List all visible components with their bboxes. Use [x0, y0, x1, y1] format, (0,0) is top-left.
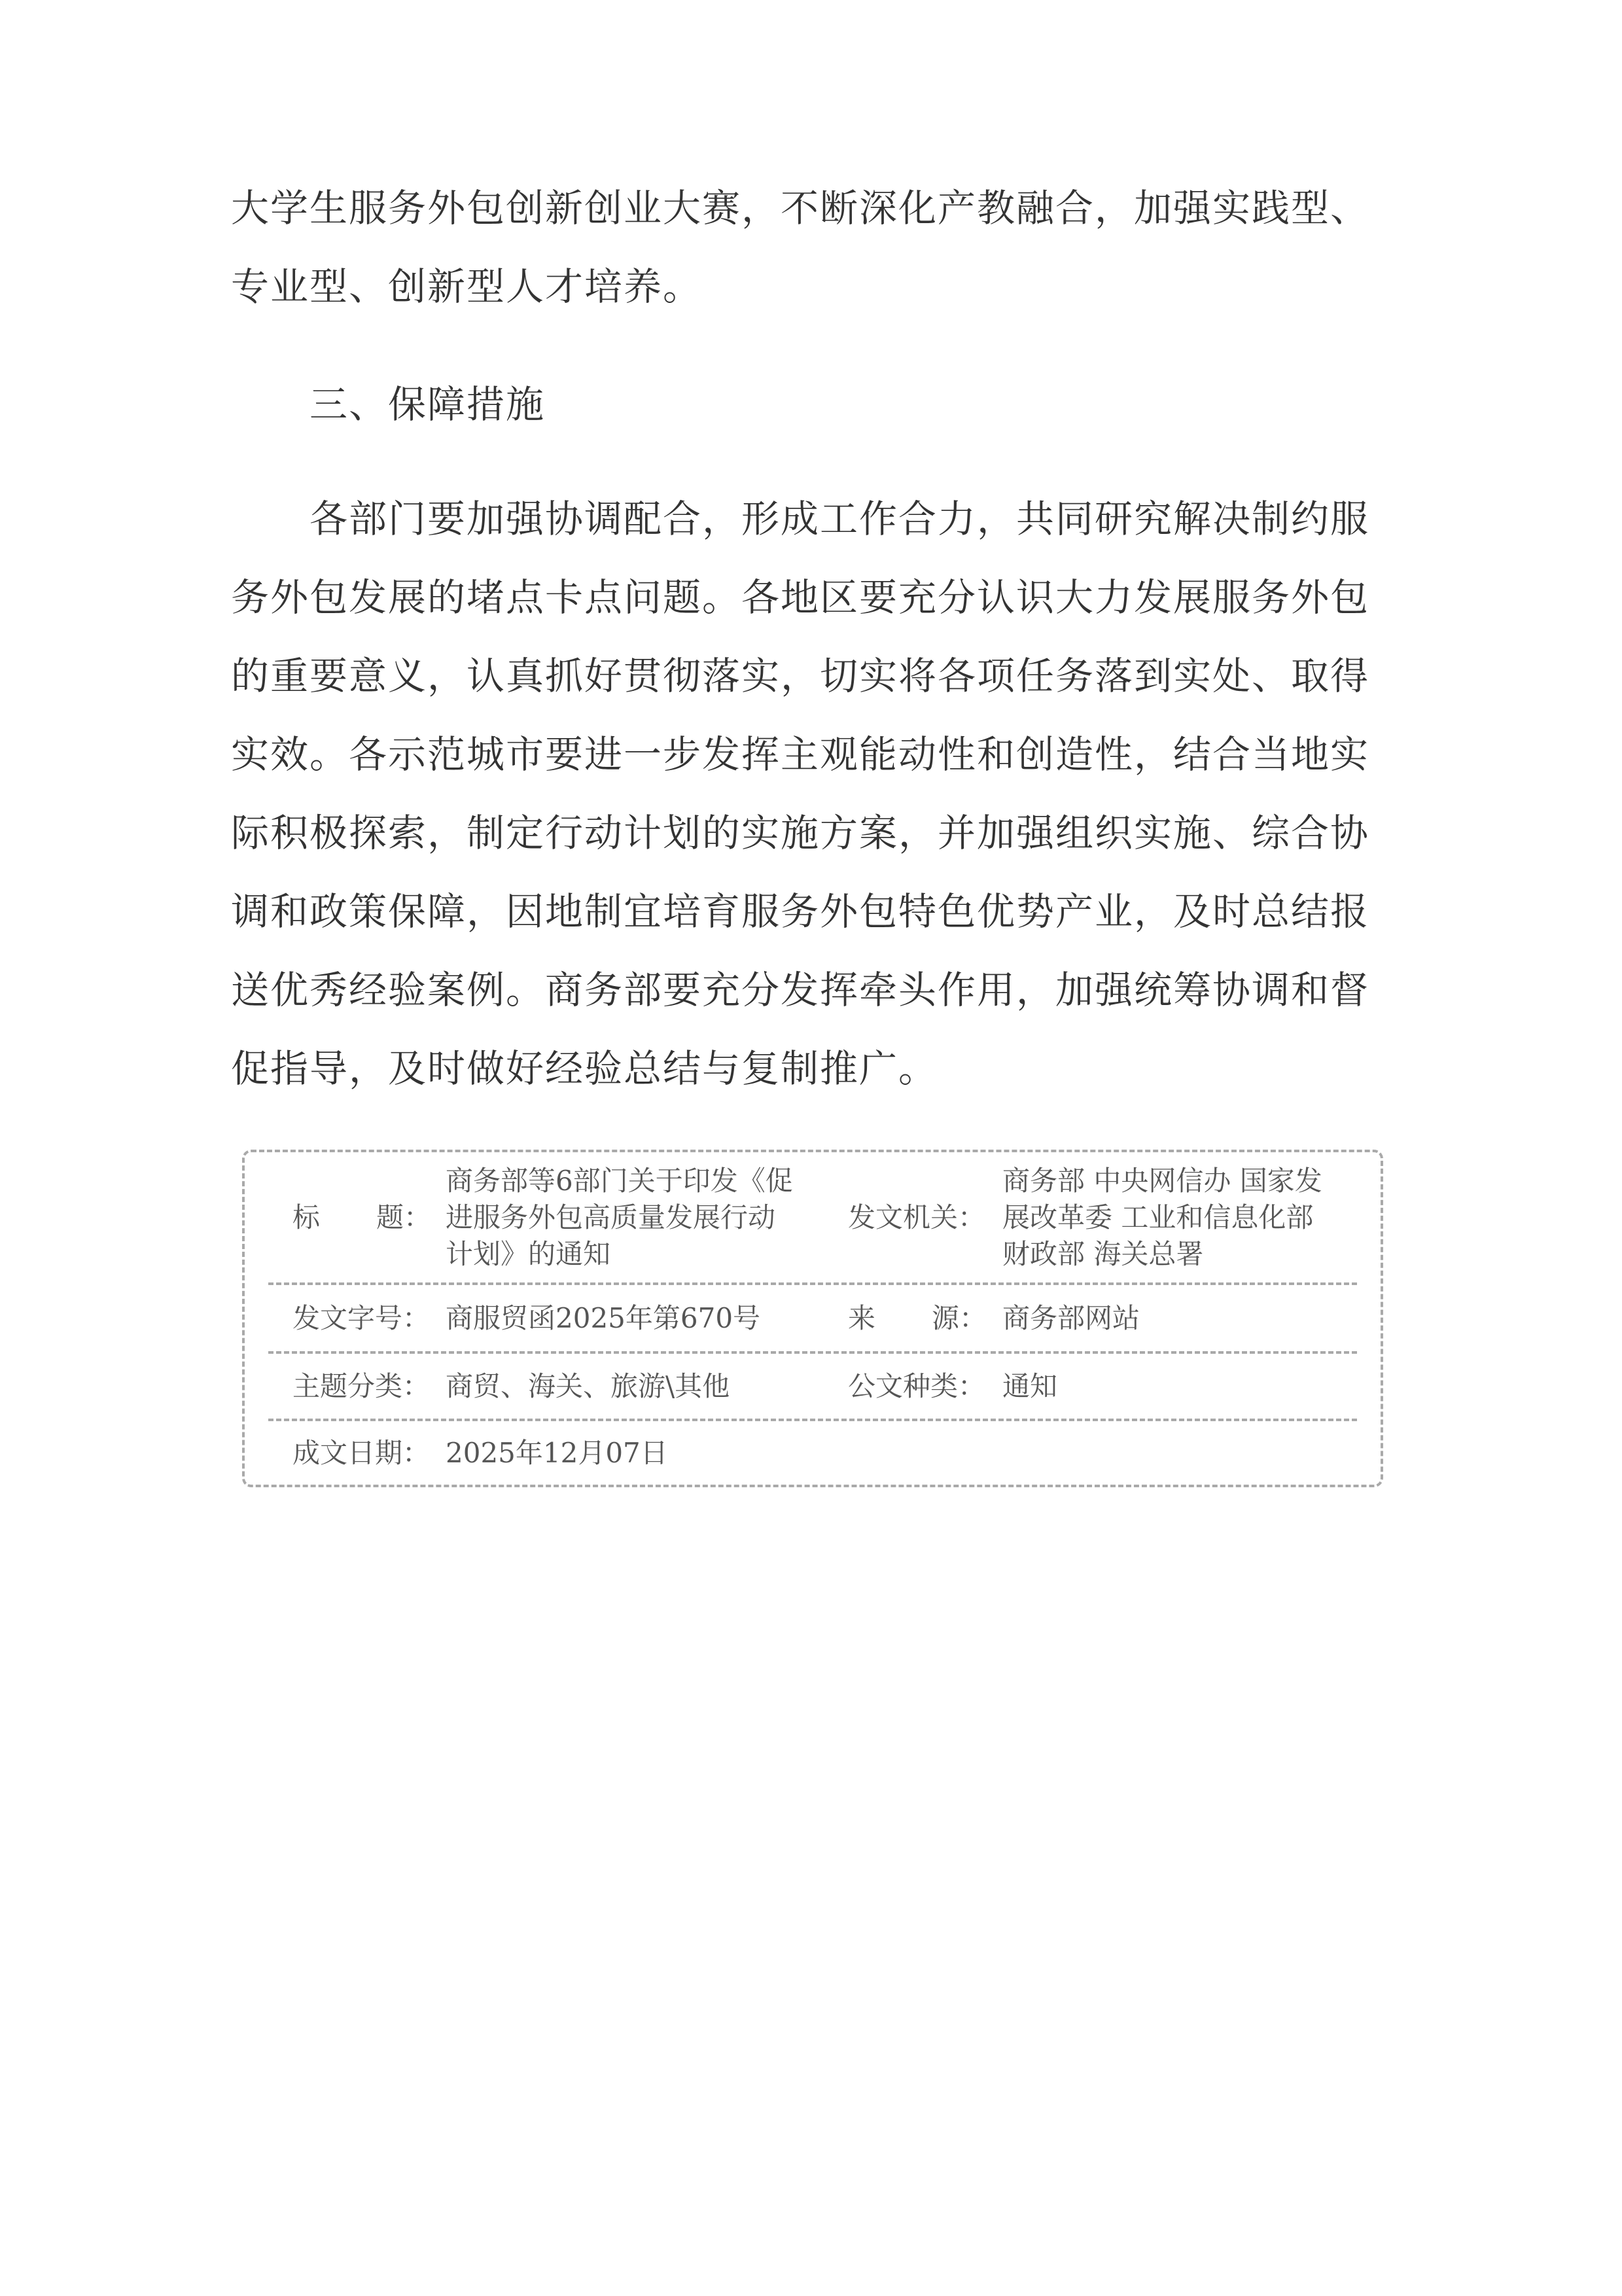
text-line: 务外包发展的堵点卡点问题。各地区要充分认识大力发展服务外包	[231, 558, 1409, 637]
text-line: 各部门要加强协调配合，形成工作合力，共同研究解决制约服	[231, 480, 1409, 558]
issuing-agency-value-line: 展改革委 工业和信息化部	[1002, 1199, 1322, 1236]
subject-category-label: 主题分类：	[292, 1354, 443, 1419]
continuation-paragraph: 大学生服务外包创新创业大赛，不断深化产教融合，加强实践型、 专业型、创新型人才培…	[231, 169, 1409, 326]
meta-row-date: 成文日期： 2025年12月07日	[268, 1421, 1357, 1485]
document-type-value: 通知	[1002, 1354, 1369, 1419]
meta-row-subject: 主题分类： 商贸、海关、旅游\其他 公文种类： 通知	[268, 1354, 1357, 1421]
document-number-label: 发文字号：	[292, 1285, 443, 1351]
title-label: 标 题：	[292, 1152, 443, 1282]
title-value-line: 商务部等6部门关于印发《促	[446, 1163, 793, 1199]
text-line: 实效。各示范城市要进一步发挥主观能动性和创造性，结合当地实	[231, 715, 1409, 794]
issuing-agency-value: 商务部 中央网信办 国家发 展改革委 工业和信息化部 财政部 海关总署	[1002, 1152, 1369, 1282]
issuing-agency-value-line: 商务部 中央网信办 国家发	[1002, 1163, 1322, 1199]
date-written-label: 成文日期：	[292, 1421, 443, 1485]
issuing-agency-label: 发文机关：	[848, 1152, 998, 1282]
meta-row-title: 标 题： 商务部等6部门关于印发《促 进服务外包高质量发展行动 计划》的通知 发…	[268, 1152, 1357, 1285]
document-page: 大学生服务外包创新创业大赛，不断深化产教融合，加强实践型、 专业型、创新型人才培…	[0, 0, 1622, 2296]
title-value: 商务部等6部门关于印发《促 进服务外包高质量发展行动 计划》的通知	[446, 1152, 825, 1282]
title-label-char-1: 标	[292, 1199, 320, 1236]
date-written-value: 2025年12月07日	[446, 1421, 825, 1485]
text-line: 的重要意义，认真抓好贯彻落实，切实将各项任务落到实处、取得	[231, 637, 1409, 715]
text-line: 专业型、创新型人才培养。	[231, 247, 1409, 326]
text-line: 送优秀经验案例。商务部要充分发挥牵头作用，加强统筹协调和督	[231, 951, 1409, 1029]
source-value: 商务部网站	[1002, 1285, 1369, 1351]
source-label-char-2: 源：	[932, 1300, 987, 1337]
document-type-label: 公文种类：	[848, 1354, 998, 1419]
safeguard-paragraph: 各部门要加强协调配合，形成工作合力，共同研究解决制约服 务外包发展的堵点卡点问题…	[231, 480, 1409, 1108]
section-heading: 三、保障措施	[231, 365, 1409, 444]
text-line: 际积极探索，制定行动计划的实施方案，并加强组织实施、综合协	[231, 794, 1409, 872]
section-heading-block: 三、保障措施	[231, 365, 1409, 444]
issuing-agency-value-line: 财政部 海关总署	[1002, 1236, 1322, 1273]
meta-row-document-number: 发文字号： 商服贸函2025年第670号 来 源： 商务部网站	[268, 1285, 1357, 1354]
document-number-value: 商服贸函2025年第670号	[446, 1285, 825, 1351]
text-line: 大学生服务外包创新创业大赛，不断深化产教融合，加强实践型、	[231, 169, 1409, 247]
text-line: 促指导，及时做好经验总结与复制推广。	[231, 1029, 1409, 1108]
title-label-char-2: 题：	[376, 1199, 431, 1236]
title-value-line: 计划》的通知	[446, 1236, 793, 1273]
text-line: 调和政策保障，因地制宜培育服务外包特色优势产业，及时总结报	[231, 872, 1409, 951]
subject-category-value: 商贸、海关、旅游\其他	[446, 1354, 825, 1419]
document-metadata-box: 标 题： 商务部等6部门关于印发《促 进服务外包高质量发展行动 计划》的通知 发…	[242, 1150, 1383, 1487]
source-label-char-1: 来	[848, 1300, 875, 1337]
source-label: 来 源：	[848, 1285, 998, 1351]
title-value-line: 进服务外包高质量发展行动	[446, 1199, 793, 1236]
